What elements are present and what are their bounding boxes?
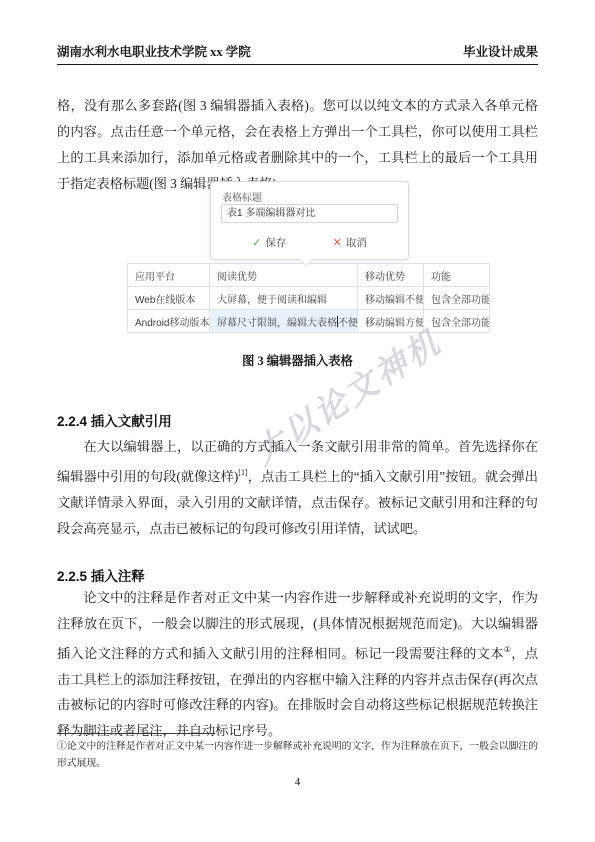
citation-superscript: [1] — [238, 468, 247, 477]
dialog-pointer-notch — [299, 259, 313, 266]
table-cell[interactable]: 移动编辑不便 — [358, 287, 424, 310]
table-cell[interactable]: 包含全部功能 — [424, 310, 490, 333]
column-header: 应用平台 — [128, 264, 210, 287]
column-header: 阅读优势 — [210, 264, 358, 287]
table-caption-input[interactable]: 表1 多端编辑器对比 — [221, 204, 398, 223]
section-heading-225: 2.2.5 插入注释 — [57, 565, 538, 585]
paragraph-text: 论文中的注释是作者对正文中某一内容作进一步解释或补充说明的文字，作为注释放在页下… — [57, 590, 538, 661]
table-row: Web在线版本 大屏幕，便于阅读和编辑 移动编辑不便 包含全部功能 — [128, 287, 490, 310]
page-number: 4 — [0, 776, 595, 788]
save-button[interactable]: ✓ 保存 — [252, 235, 286, 250]
check-icon: ✓ — [252, 236, 261, 249]
cross-icon: ✕ — [333, 236, 342, 249]
table-cell[interactable]: Android移动版本 — [128, 310, 210, 333]
footnote-text: ①论文中的注释是作者对正文中某一内容作进一步解释或补充说明的文字，作为注释放在页… — [57, 739, 538, 772]
editor-comparison-table: 应用平台 阅读优势 移动优势 功能 Web在线版本 大屏幕，便于阅读和编辑 移动… — [127, 263, 490, 333]
cancel-button[interactable]: ✕ 取消 — [333, 235, 367, 250]
table-caption-dialog: 表格标题 表1 多端编辑器对比 ✓ 保存 ✕ 取消 — [210, 181, 409, 260]
table-header-row: 应用平台 阅读优势 移动优势 功能 — [128, 264, 490, 287]
document-page: 湖南水利水电职业技术学院 xx 学院 毕业设计成果 大以论文神机 格，没有那么多… — [0, 0, 595, 842]
cell-text-after-caret: 不便 — [338, 318, 358, 329]
column-header: 功能 — [424, 264, 490, 287]
body-paragraph-annotation: 论文中的注释是作者对正文中某一内容作进一步解释或补充说明的文字，作为注释放在页下… — [57, 585, 538, 744]
table-cell[interactable]: Web在线版本 — [128, 287, 210, 310]
figure-caption: 图 3 编辑器插入表格 — [57, 351, 538, 369]
header-doc-type: 毕业设计成果 — [463, 44, 538, 60]
table-row: Android移动版本 屏幕尺寸限制，编辑大表格不便 移动编辑方便 包含全部功能 — [128, 310, 490, 333]
save-button-label: 保存 — [265, 235, 286, 250]
table-cell[interactable]: 大屏幕，便于阅读和编辑 — [210, 287, 358, 310]
body-paragraph-citation: 在大以编辑器上，以正确的方式插入一条文献引用非常的简单。首先选择你在编辑器中引用… — [57, 434, 538, 541]
table-cell-active-editing[interactable]: 屏幕尺寸限制，编辑大表格不便 — [210, 310, 358, 333]
cell-text-before-caret: 屏幕尺寸限制，编辑大表格 — [217, 318, 337, 329]
table-cell[interactable]: 移动编辑方便 — [358, 310, 424, 333]
table-cell[interactable]: 包含全部功能 — [424, 287, 490, 310]
dialog-title-label: 表格标题 — [222, 189, 262, 204]
footnote-separator-rule — [57, 733, 215, 734]
running-header: 湖南水利水电职业技术学院 xx 学院 毕业设计成果 — [57, 44, 538, 65]
cancel-button-label: 取消 — [346, 235, 367, 250]
header-school-name: 湖南水利水电职业技术学院 xx 学院 — [57, 44, 251, 60]
section-heading-224: 2.2.4 插入文献引用 — [57, 410, 538, 430]
column-header: 移动优势 — [358, 264, 424, 287]
